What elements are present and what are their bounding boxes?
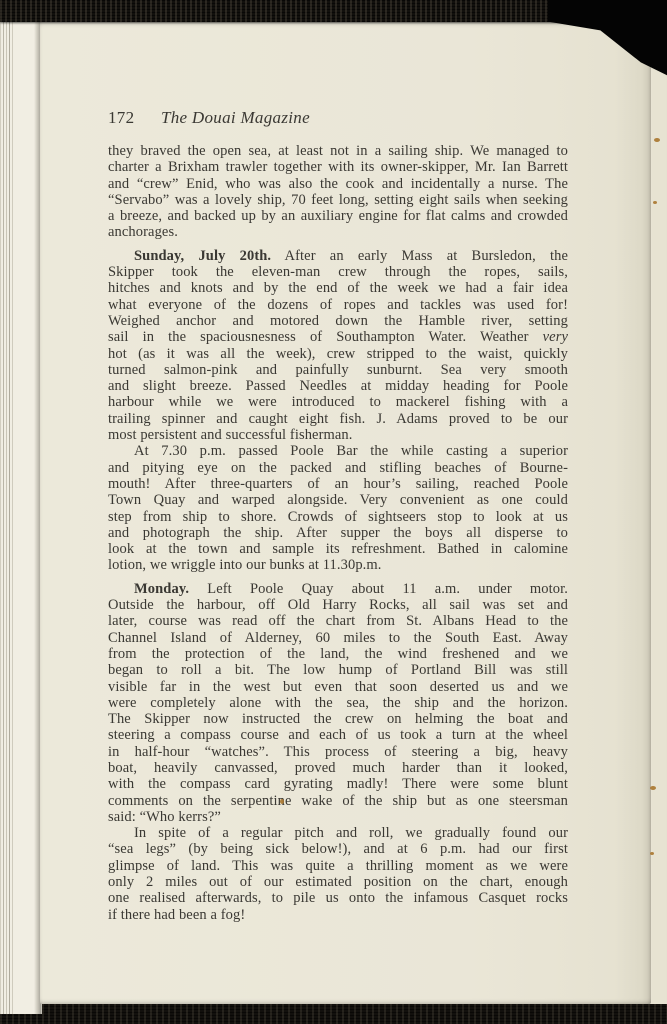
text-run: only 2 miles out of our estimated positi… bbox=[108, 874, 568, 890]
text-run: Weighed anchor and motored down the Hamb… bbox=[108, 313, 568, 329]
text-line: The Skipper now instructed the crew on h… bbox=[108, 711, 568, 727]
day-heading: Sunday, July 20th. bbox=[134, 248, 271, 264]
text-line: Town Quay and warped alongside. Very con… bbox=[108, 492, 568, 508]
text-line: harbour while we were introduced to mack… bbox=[108, 394, 568, 410]
text-line: trailing spinner and caught eight fish. … bbox=[108, 411, 568, 427]
text-run: harbour while we were introduced to mack… bbox=[108, 394, 568, 410]
text-line: lotion, we wriggle into our bunks at 11.… bbox=[108, 557, 568, 573]
text-run: said: “Who kerrs?” bbox=[108, 809, 221, 825]
text-line: Weighed anchor and motored down the Hamb… bbox=[108, 313, 568, 329]
text-run: At 7.30 p.m. passed Poole Bar the while … bbox=[134, 443, 568, 459]
text-run: Outside the harbour, off Old Harry Rocks… bbox=[108, 597, 568, 613]
text-line: if there had been a fog! bbox=[108, 907, 568, 923]
text-run: Town Quay and warped alongside. Very con… bbox=[108, 492, 568, 508]
text-run: charter a Brixham trawler together with … bbox=[108, 159, 568, 175]
text-run: The Skipper now instructed the crew on h… bbox=[108, 711, 568, 727]
text-line: in half-hour “watches”. This process of … bbox=[108, 744, 568, 760]
text-run: and photograph the ship. After supper th… bbox=[108, 525, 568, 541]
text-block: they braved the open sea, at least not i… bbox=[108, 143, 568, 923]
text-line: and pitying eye on the packed and stifli… bbox=[108, 460, 568, 476]
text-run: Skipper took the eleven-man crew through… bbox=[108, 264, 568, 280]
text-line: Sunday, July 20th. After an early Mass a… bbox=[108, 248, 568, 264]
text-run: from the protection of the land, the win… bbox=[108, 646, 568, 662]
text-run: a breeze, and backed up by an auxiliary … bbox=[108, 208, 568, 224]
foxing-speck bbox=[654, 138, 660, 142]
text-run: trailing spinner and caught eight fish. … bbox=[108, 411, 568, 427]
text-run: look at the town and sample its refreshm… bbox=[108, 541, 568, 557]
paragraph: At 7.30 p.m. passed Poole Bar the while … bbox=[108, 443, 568, 573]
text-run: Left Poole Quay about 11 a.m. under moto… bbox=[189, 581, 568, 597]
text-line: with the compass card gyrating madly! Th… bbox=[108, 776, 568, 792]
text-run: After an early Mass at Bursledon, the bbox=[271, 248, 568, 264]
text-run: and “crew” Enid, who was also the cook a… bbox=[108, 176, 568, 192]
text-run: turned salmon-pink and painfully sunburn… bbox=[108, 362, 568, 378]
text-run: sail in the spaciousnesness of Southampt… bbox=[108, 329, 543, 345]
text-run: what everyone of the dozens of ropes and… bbox=[108, 297, 568, 313]
text-line: Outside the harbour, off Old Harry Rocks… bbox=[108, 597, 568, 613]
text-line: “Servabo” was a lovely ship, 70 feet lon… bbox=[108, 192, 568, 208]
paragraph: Monday. Left Poole Quay about 11 a.m. un… bbox=[108, 581, 568, 825]
text-run: one realised afterwards, to pile us onto… bbox=[108, 890, 568, 906]
text-line: were completely alone with the sea, the … bbox=[108, 695, 568, 711]
text-run: “Servabo” was a lovely ship, 70 feet lon… bbox=[108, 192, 568, 208]
text-line: only 2 miles out of our estimated positi… bbox=[108, 874, 568, 890]
text-run: In spite of a regular pitch and roll, we… bbox=[134, 825, 568, 841]
text-run: visible far in the west but even that so… bbox=[108, 679, 568, 695]
text-line: boat, heavily canvassed, proved much har… bbox=[108, 760, 568, 776]
text-line: a breeze, and backed up by an auxiliary … bbox=[108, 208, 568, 224]
text-line: most persistent and successful fisherman… bbox=[108, 427, 568, 443]
text-line: glimpse of land. This was quite a thrill… bbox=[108, 858, 568, 874]
text-run: lotion, we wriggle into our bunks at 11.… bbox=[108, 557, 382, 573]
text-line: from the protection of the land, the win… bbox=[108, 646, 568, 662]
text-line: At 7.30 p.m. passed Poole Bar the while … bbox=[108, 443, 568, 459]
text-run: glimpse of land. This was quite a thrill… bbox=[108, 858, 568, 874]
text-line: anchorages. bbox=[108, 224, 568, 240]
text-line: look at the town and sample its refreshm… bbox=[108, 541, 568, 557]
text-run: “sea legs” (by being sick below!), and a… bbox=[108, 841, 568, 857]
day-heading: Monday. bbox=[134, 581, 189, 597]
foxing-speck bbox=[650, 852, 654, 855]
text-line: and slight breeze. Passed Needles at mid… bbox=[108, 378, 568, 394]
text-line: Skipper took the eleven-man crew through… bbox=[108, 264, 568, 280]
text-line: hitches and knots and by the end of the … bbox=[108, 280, 568, 296]
text-run: with the compass card gyrating madly! Th… bbox=[108, 776, 568, 792]
text-run: later, course was read off the chart fro… bbox=[108, 613, 568, 629]
text-run: and pitying eye on the packed and stifli… bbox=[108, 460, 568, 476]
text-run: began to roll a bit. The low hump of Por… bbox=[108, 662, 568, 678]
text-line: and photograph the ship. After supper th… bbox=[108, 525, 568, 541]
text-line: said: “Who kerrs?” bbox=[108, 809, 568, 825]
paragraph: In spite of a regular pitch and roll, we… bbox=[108, 825, 568, 923]
text-line: and “crew” Enid, who was also the cook a… bbox=[108, 176, 568, 192]
text-run: most persistent and successful fisherman… bbox=[108, 427, 353, 443]
page-number: 172 bbox=[108, 108, 134, 128]
text-run: in half-hour “watches”. This process of … bbox=[108, 744, 568, 760]
text-run: step from ship to shore. Crowds of sight… bbox=[108, 509, 568, 525]
text-line: they braved the open sea, at least not i… bbox=[108, 143, 568, 159]
text-line: hot (as it was all the week), crew strip… bbox=[108, 346, 568, 362]
scanned-book-photo: 172 The Douai Magazine they braved the o… bbox=[0, 0, 667, 1024]
text-run: hitches and knots and by the end of the … bbox=[108, 280, 568, 296]
paragraph: Sunday, July 20th. After an early Mass a… bbox=[108, 248, 568, 444]
foxing-speck bbox=[650, 786, 656, 790]
text-line: mouth! After three-quarters of an hour’s… bbox=[108, 476, 568, 492]
text-run: Channel Island of Alderney, 60 miles to … bbox=[108, 630, 568, 646]
text-run: very bbox=[543, 329, 568, 345]
book-cover-bottom-band bbox=[0, 1003, 667, 1024]
text-line: In spite of a regular pitch and roll, we… bbox=[108, 825, 568, 841]
page-edge-stack bbox=[0, 19, 42, 1014]
text-line: later, course was read off the chart fro… bbox=[108, 613, 568, 629]
text-line: charter a Brixham trawler together with … bbox=[108, 159, 568, 175]
text-line: step from ship to shore. Crowds of sight… bbox=[108, 509, 568, 525]
magazine-page: 172 The Douai Magazine they braved the o… bbox=[40, 21, 651, 1004]
text-run: and slight breeze. Passed Needles at mid… bbox=[108, 378, 568, 394]
foxing-speck bbox=[653, 201, 657, 204]
text-line: visible far in the west but even that so… bbox=[108, 679, 568, 695]
text-line: comments on the serpentine wake of the s… bbox=[108, 793, 568, 809]
text-line: one realised afterwards, to pile us onto… bbox=[108, 890, 568, 906]
text-line: sail in the spaciousnesness of Southampt… bbox=[108, 329, 568, 345]
text-run: anchorages. bbox=[108, 224, 178, 240]
text-run: hot (as it was all the week), crew strip… bbox=[108, 346, 568, 362]
text-run: were completely alone with the sea, the … bbox=[108, 695, 568, 711]
text-line: “sea legs” (by being sick below!), and a… bbox=[108, 841, 568, 857]
magazine-title: The Douai Magazine bbox=[161, 108, 310, 128]
text-line: Channel Island of Alderney, 60 miles to … bbox=[108, 630, 568, 646]
text-run: they braved the open sea, at least not i… bbox=[108, 143, 568, 159]
text-run: if there had been a fog! bbox=[108, 907, 245, 923]
page-header: 172 The Douai Magazine bbox=[108, 108, 578, 128]
text-line: began to roll a bit. The low hump of Por… bbox=[108, 662, 568, 678]
paragraph: they braved the open sea, at least not i… bbox=[108, 143, 568, 241]
text-run: mouth! After three-quarters of an hour’s… bbox=[108, 476, 568, 492]
text-line: what everyone of the dozens of ropes and… bbox=[108, 297, 568, 313]
text-line: turned salmon-pink and painfully sunburn… bbox=[108, 362, 568, 378]
text-run: comments on the serpentine wake of the s… bbox=[108, 793, 568, 809]
text-run: boat, heavily canvassed, proved much har… bbox=[108, 760, 568, 776]
foxing-speck bbox=[280, 799, 284, 804]
text-run: steering a compass course and each of us… bbox=[108, 727, 568, 743]
text-line: steering a compass course and each of us… bbox=[108, 727, 568, 743]
text-line: Monday. Left Poole Quay about 11 a.m. un… bbox=[108, 581, 568, 597]
